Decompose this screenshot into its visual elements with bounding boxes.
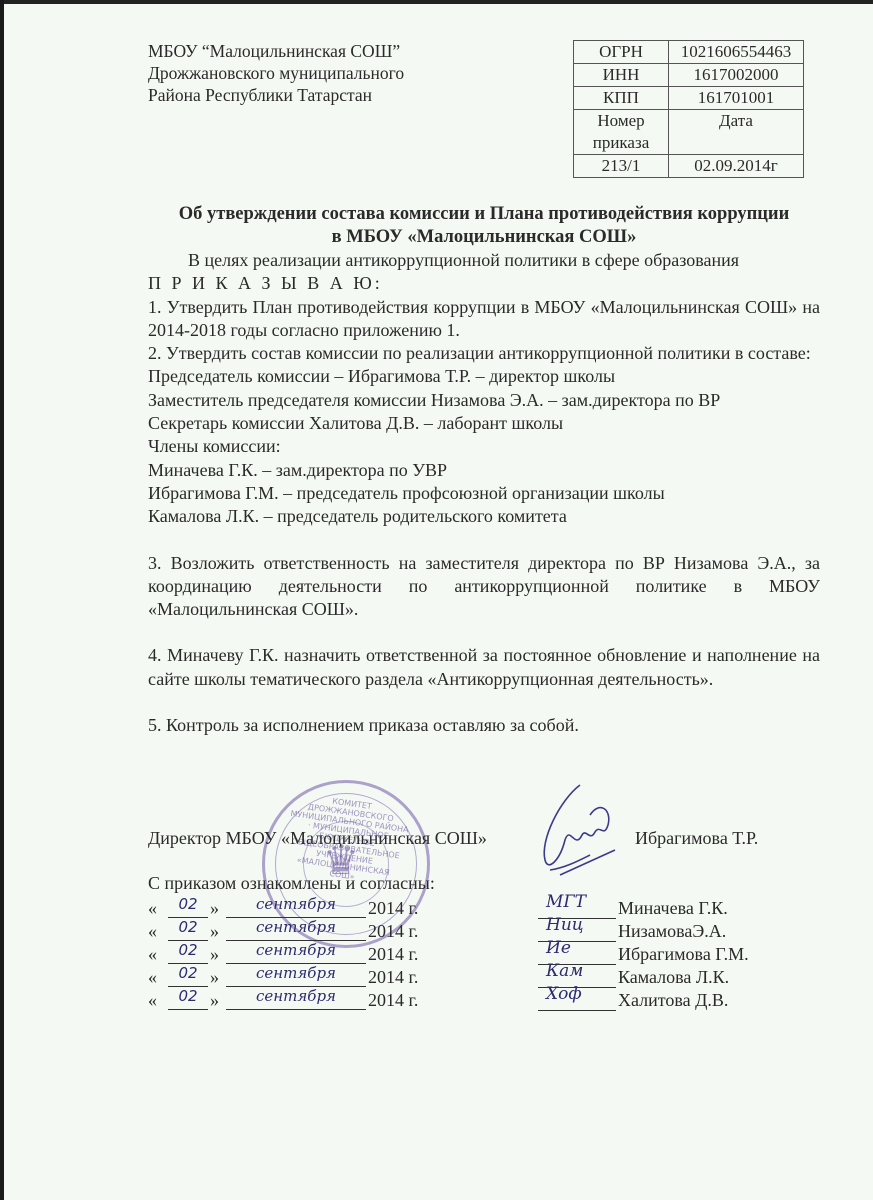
preamble: В целях реализации антикоррупционной пол… (148, 249, 820, 272)
commission-member: Камалова Л.К. – председатель родительско… (148, 505, 820, 528)
title-line: в МБОУ «Малоцильнинская СОШ» (148, 226, 820, 249)
registry-label: Номер приказа (574, 110, 669, 155)
handwritten-signature: Ниц (546, 915, 584, 935)
order-item-1: 1. Утвердить План противодействия корруп… (148, 296, 820, 343)
order-item-2: 2. Утвердить состав комиссии по реализац… (148, 342, 820, 365)
order-item-4: 4. Миначеву Г.К. назначить ответственной… (148, 644, 820, 691)
order-item-5: 5. Контроль за исполнением приказа остав… (148, 714, 820, 737)
document-title: Об утверждении состава комиссии и Плана … (148, 203, 820, 249)
year: 2014 г. (368, 967, 418, 988)
table-row: ОГРН 1021606554463 (574, 41, 804, 64)
commission-member: Заместитель председателя комиссии Низамо… (148, 389, 820, 412)
registry-label: ИНН (574, 64, 669, 87)
handwritten-signature: МГТ (546, 892, 586, 912)
handwritten-signature: Хоф (546, 984, 582, 1004)
handwritten-signature: Кам (546, 961, 583, 981)
registry-value: 1021606554463 (669, 41, 804, 64)
acknowledgement-title: С приказом ознакомлены и согласны: (148, 873, 435, 894)
handwritten-month: сентября (226, 918, 366, 941)
director-position: Директор МБОУ «Малоцильнинская СОШ» (148, 828, 487, 849)
handwritten-day: 02 (168, 964, 208, 987)
registry-label: ОГРН (574, 41, 669, 64)
acknowledgement-row: « 02 » сентября 2014 г. Хоф Халитова Д.В… (148, 990, 820, 1013)
commission-member: Секретарь комиссии Халитова Д.В. – лабор… (148, 412, 820, 435)
registry-table: ОГРН 1021606554463 ИНН 1617002000 КПП 16… (573, 40, 804, 178)
year: 2014 г. (368, 990, 418, 1011)
handwritten-month: сентября (226, 987, 366, 1010)
signer-name: НизамоваЭ.А. (618, 921, 726, 942)
document-body: В целях реализации антикоррупционной пол… (148, 249, 820, 737)
handwritten-day: 02 (168, 987, 208, 1010)
org-line: Дрожжановского муниципального (148, 62, 404, 84)
year: 2014 г. (368, 898, 418, 919)
director-signature (520, 780, 630, 890)
registry-value: 161701001 (669, 87, 804, 110)
registry-value: Дата (669, 110, 804, 155)
handwritten-signature: Ие (546, 938, 571, 958)
commission-members-heading: Члены комиссии: (148, 435, 820, 458)
signer-name: Камалова Л.К. (618, 967, 729, 988)
handwritten-month: сентября (226, 941, 366, 964)
year: 2014 г. (368, 944, 418, 965)
handwritten-day: 02 (168, 941, 208, 964)
org-line: Района Республики Татарстан (148, 84, 404, 106)
year: 2014 г. (368, 921, 418, 942)
order-item-3: 3. Возложить ответственность на заместит… (148, 552, 820, 622)
registry-label: КПП (574, 87, 669, 110)
order-date: 02.09.2014г (669, 155, 804, 178)
org-line: МБОУ “Малоцильнинская СОШ” (148, 40, 404, 62)
order-number: 213/1 (574, 155, 669, 178)
handwritten-day: 02 (168, 918, 208, 941)
commission-member: Ибрагимова Г.М. – председатель профсоюзн… (148, 482, 820, 505)
table-row: КПП 161701001 (574, 87, 804, 110)
table-row: 213/1 02.09.2014г (574, 155, 804, 178)
organization-header: МБОУ “Малоцильнинская СОШ” Дрожжановског… (148, 40, 404, 106)
table-row: ИНН 1617002000 (574, 64, 804, 87)
director-name: Ибрагимова Т.Р. (635, 828, 758, 849)
signer-name: Ибрагимова Г.М. (618, 944, 749, 965)
registry-value: 1617002000 (669, 64, 804, 87)
commission-member: Председатель комиссии – Ибрагимова Т.Р. … (148, 365, 820, 388)
order-word: П Р И К А З Ы В А Ю: (148, 272, 820, 295)
signer-name: Миначева Г.К. (618, 898, 728, 919)
handwritten-month: сентября (226, 964, 366, 987)
commission-member: Миначева Г.К. – зам.директора по УВР (148, 459, 820, 482)
handwritten-day: 02 (168, 895, 208, 918)
title-line: Об утверждении состава комиссии и Плана … (148, 203, 820, 226)
signer-name: Халитова Д.В. (618, 990, 728, 1011)
handwritten-month: сентября (226, 895, 366, 918)
table-row: Номер приказа Дата (574, 110, 804, 155)
